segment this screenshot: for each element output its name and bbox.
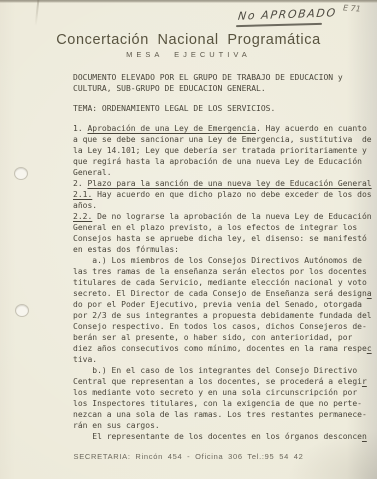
body-line: 1. Aprobación de una Ley de Emergencia. …: [73, 123, 373, 134]
body-line: nezcan a una sola de las ramas. Los tres…: [73, 409, 373, 420]
body-line: CULTURA, SUB-GRUPO DE EDUCACION GENERAL.: [73, 83, 373, 94]
body-line: 2.1. Hay acuerdo en que dicho plazo no d…: [73, 189, 373, 200]
handwritten-stamp: No APROBADO: [237, 6, 337, 23]
body-line: a.) Los miembros de los Consejos Directi…: [73, 255, 373, 266]
body-line: tiva.: [73, 354, 373, 365]
scanned-document-page: No APROBADO E 71 Concertación Nacional P…: [0, 0, 377, 479]
pencil-corner-mark: E 71: [343, 3, 361, 13]
body-line: El representante de los docentes en los …: [73, 431, 373, 442]
punch-hole-top: [14, 167, 28, 180]
body-line: en estas dos fórmulas:: [73, 244, 373, 255]
document-body: DOCUMENTO ELEVADO POR EL GRUPO DE TRABAJ…: [73, 72, 373, 442]
body-line: Consejos hasta se apruebe dicha ley, el …: [73, 233, 373, 244]
body-line: DOCUMENTO ELEVADO POR EL GRUPO DE TRABAJ…: [73, 72, 373, 83]
body-line: Central que representan a los docentes, …: [73, 376, 373, 387]
body-line: secreto. El Director de cada Consejo de …: [73, 288, 373, 299]
body-line: por 2/3 de sus integrantes a propuesta d…: [73, 310, 373, 321]
body-line: que regirá hasta la aprobación de una nu…: [73, 156, 373, 167]
body-line: do por el Poder Ejecutivo, previa venia …: [73, 299, 373, 310]
body-line: rán en sus cargos.: [73, 420, 373, 431]
body-line: diez años consecutivos como mínimo, doce…: [73, 343, 373, 354]
handwritten-stamp-underline: [236, 23, 322, 27]
body-line: 2. Plazo para la sanción de una nueva le…: [73, 178, 373, 189]
scan-top-edge: [0, 0, 377, 3]
body-line: berán ser al presente, o haber sido, con…: [73, 332, 373, 343]
body-line: las tres ramas de la enseñanza serán ele…: [73, 266, 373, 277]
paper-crease: [35, 0, 40, 26]
body-line: 2.2. De no lograrse la aprobación de la …: [73, 211, 373, 222]
body-line: b.) En el caso de los integrantes del Co…: [73, 365, 373, 376]
body-line: General en el plazo previsto, a los efec…: [73, 222, 373, 233]
body-line: la Ley 14.101; Ley que debería ser trata…: [73, 145, 373, 156]
body-line: años.: [73, 200, 373, 211]
body-line: a que se debe sancionar una Ley de Emerg…: [73, 134, 373, 145]
letterhead-title: Concertación Nacional Programática: [0, 32, 377, 48]
body-line: los Inspectores titulares, con la exigen…: [73, 398, 373, 409]
letterhead-subtitle: MESA EJECUTIVA: [0, 50, 377, 59]
body-line: los mediante voto secreto y en una sola …: [73, 387, 373, 398]
body-line: General.: [73, 167, 373, 178]
body-line: Consejo respectivo. En todos los casos, …: [73, 321, 373, 332]
body-line: titulares de cada Servicio, mediante ele…: [73, 277, 373, 288]
body-line: TEMA: ORDENAMIENTO LEGAL DE LOS SERVICIO…: [73, 103, 373, 114]
punch-hole-bottom: [15, 304, 29, 317]
footer-contact: SECRETARIA: Rincón 454 - Oficina 306 Tel…: [0, 452, 377, 461]
